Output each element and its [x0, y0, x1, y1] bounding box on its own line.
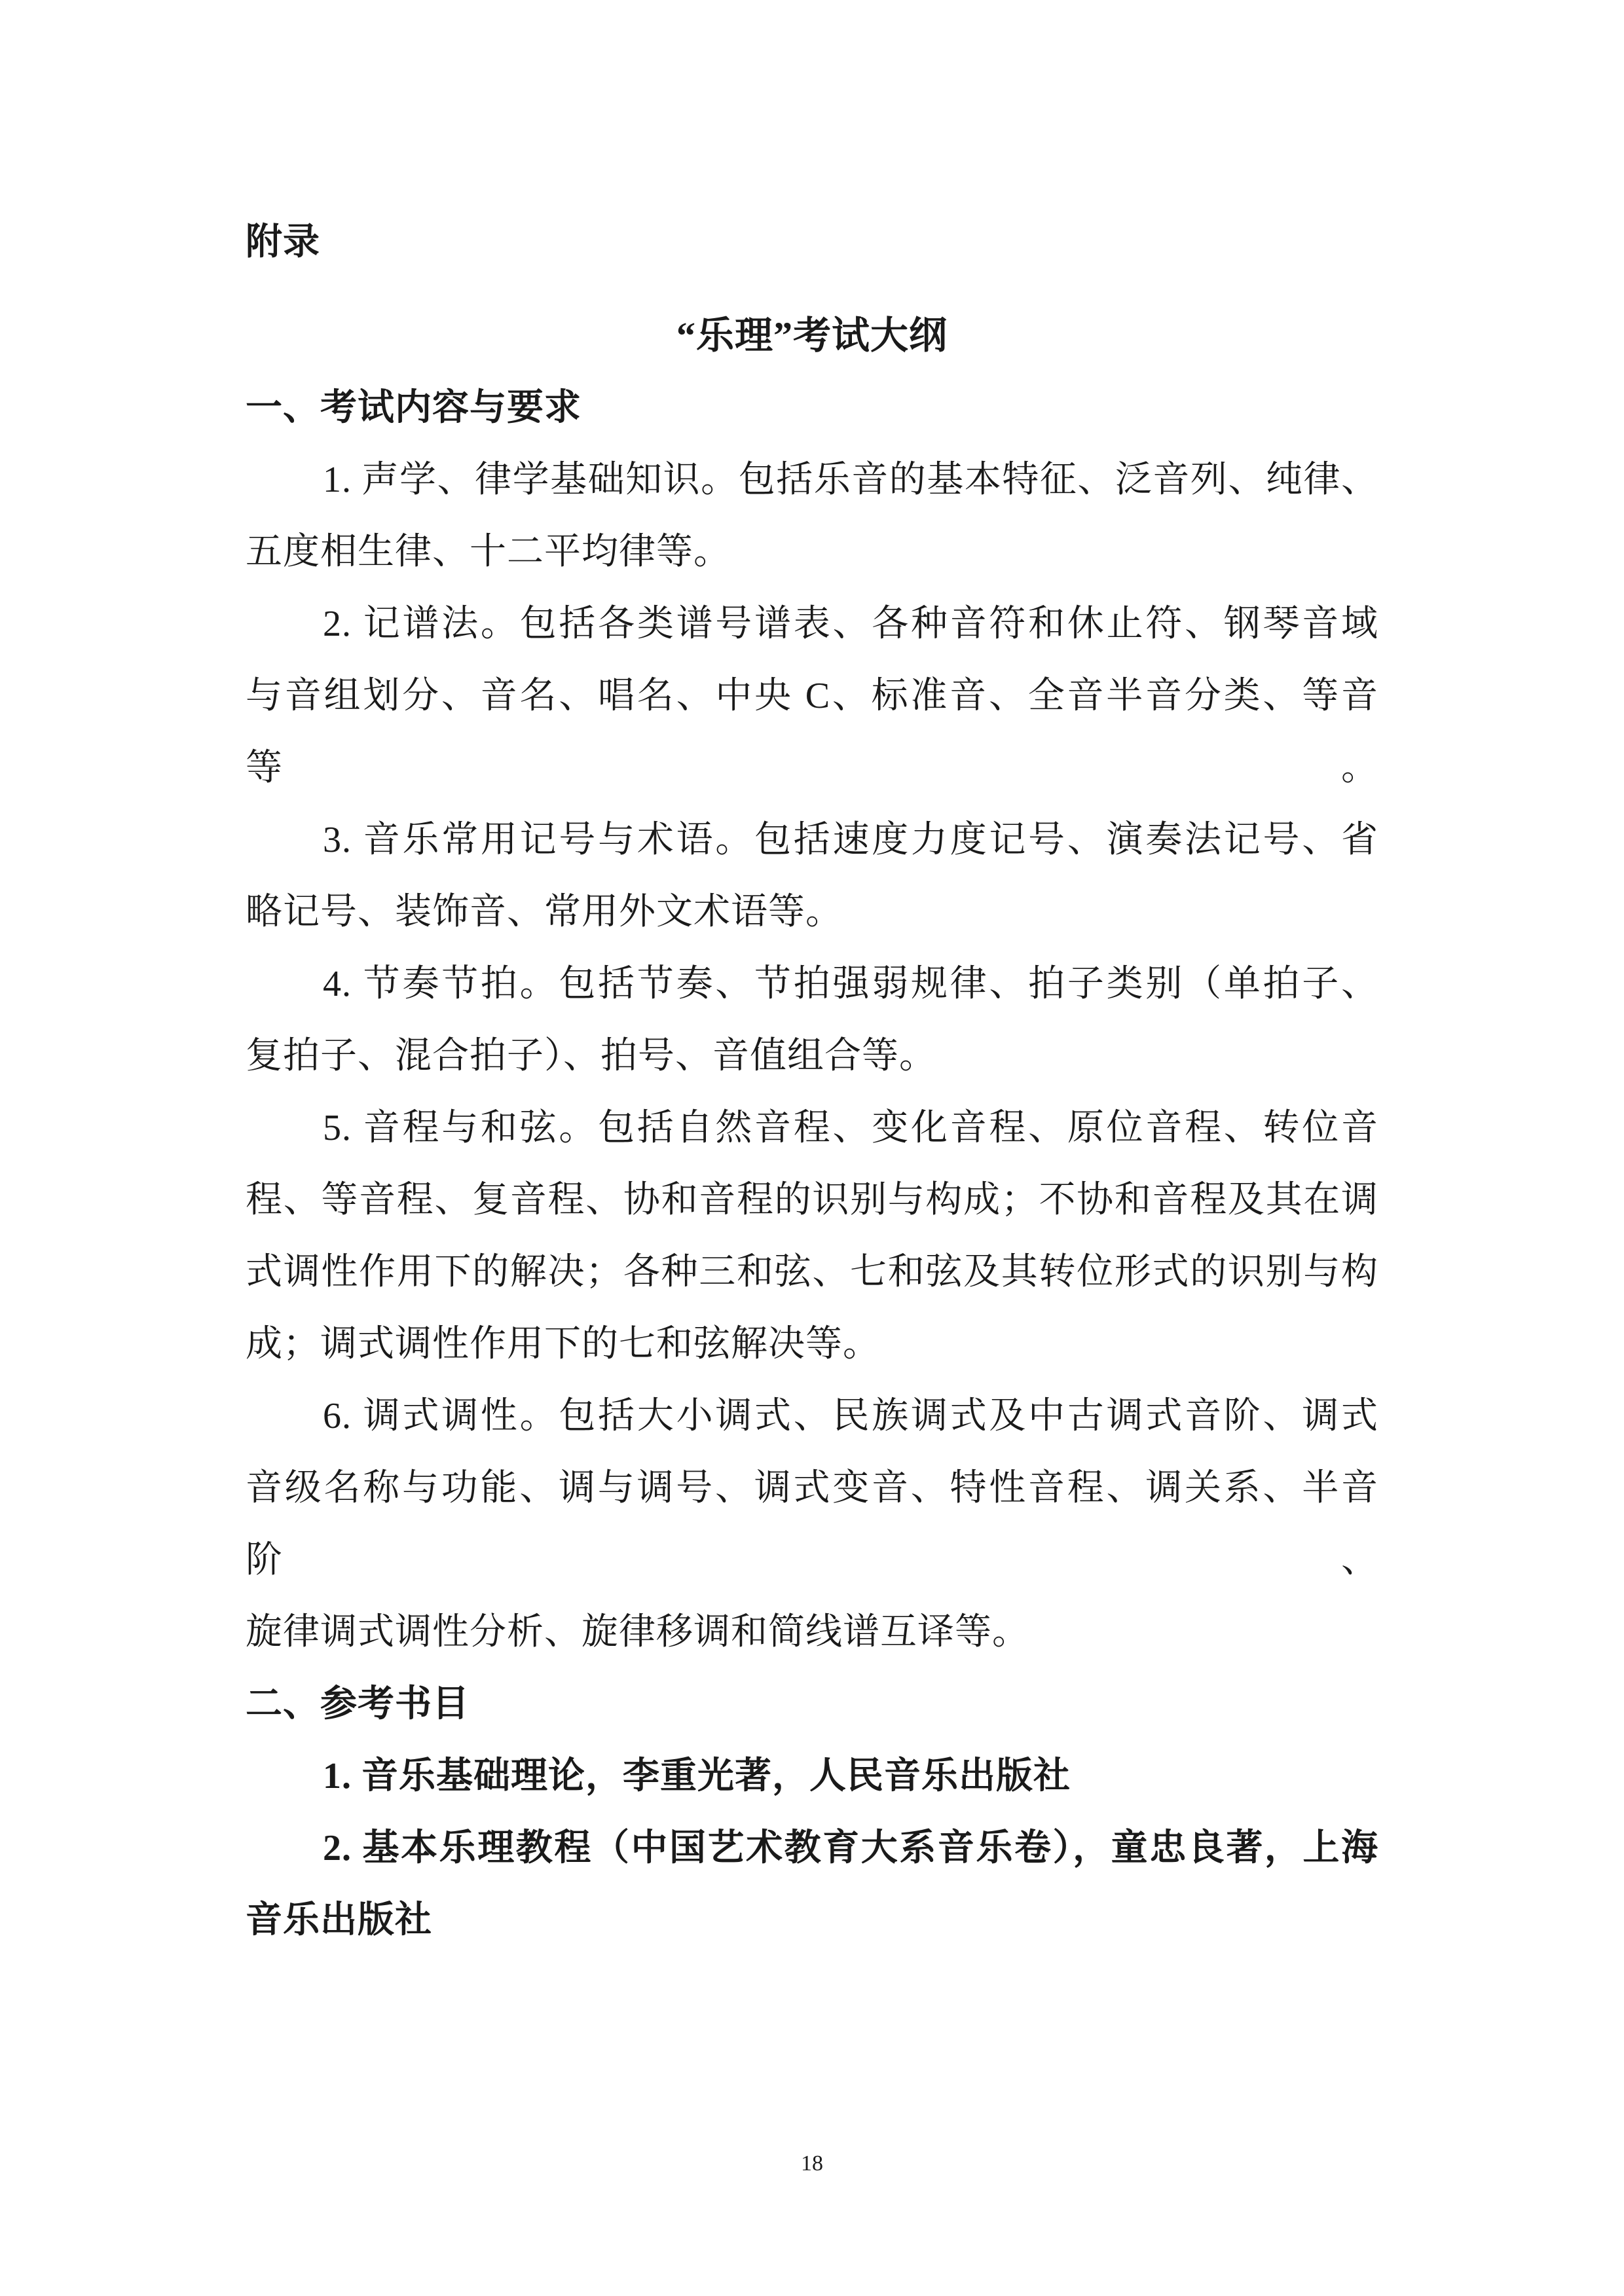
- text-line: 音级名称与功能、调与调号、调式变音、特性音程、调关系、半音阶、: [246, 1452, 1378, 1596]
- page-title: “乐理”考试大纲: [246, 300, 1378, 372]
- text-line: 程、等音程、复音程、协和音程的识别与构成；不协和音程及其在调: [246, 1164, 1378, 1236]
- text-line: 成；调式调性作用下的七和弦解决等。: [246, 1308, 1378, 1380]
- text-line: 与音组划分、音名、唱名、中央 C、标准音、全音半音分类、等音等。: [246, 660, 1378, 804]
- reference-item: 2. 基本乐理教程（中国艺术教育大系音乐卷），童忠良著，上海: [246, 1812, 1378, 1884]
- text-line: 6. 调式调性。包括大小调式、民族调式及中古调式音阶、调式: [246, 1380, 1378, 1452]
- text-line: 1. 声学、律学基础知识。包括乐音的基本特征、泛音列、纯律、: [246, 444, 1378, 516]
- text-line: 五度相生律、十二平均律等。: [246, 516, 1378, 588]
- text-line: 式调性作用下的解决；各种三和弦、七和弦及其转位形式的识别与构: [246, 1236, 1378, 1308]
- text-line: 旋律调式调性分析、旋律移调和简线谱互译等。: [246, 1596, 1378, 1668]
- appendix-label: 附录: [246, 206, 1378, 278]
- section1-heading: 一、考试内容与要求: [246, 372, 1378, 444]
- section2-heading: 二、参考书目: [246, 1668, 1378, 1740]
- text-line: 略记号、装饰音、常用外文术语等。: [246, 876, 1378, 948]
- text-line: 2. 记谱法。包括各类谱号谱表、各种音符和休止符、钢琴音域: [246, 588, 1378, 660]
- document-page: 附录 “乐理”考试大纲 一、考试内容与要求 1. 声学、律学基础知识。包括乐音的…: [0, 0, 1624, 2296]
- text-line: 3. 音乐常用记号与术语。包括速度力度记号、演奏法记号、省: [246, 804, 1378, 876]
- text-line: 复拍子、混合拍子）、拍号、音值组合等。: [246, 1020, 1378, 1092]
- page-number: 18: [0, 2151, 1624, 2177]
- text-line: 4. 节奏节拍。包括节奏、节拍强弱规律、拍子类别（单拍子、: [246, 948, 1378, 1020]
- document-body: 附录 “乐理”考试大纲 一、考试内容与要求 1. 声学、律学基础知识。包括乐音的…: [246, 206, 1378, 1956]
- reference-item-continuation: 音乐出版社: [246, 1884, 1378, 1956]
- reference-item: 1. 音乐基础理论，李重光著，人民音乐出版社: [246, 1740, 1378, 1812]
- text-line: 5. 音程与和弦。包括自然音程、变化音程、原位音程、转位音: [246, 1092, 1378, 1164]
